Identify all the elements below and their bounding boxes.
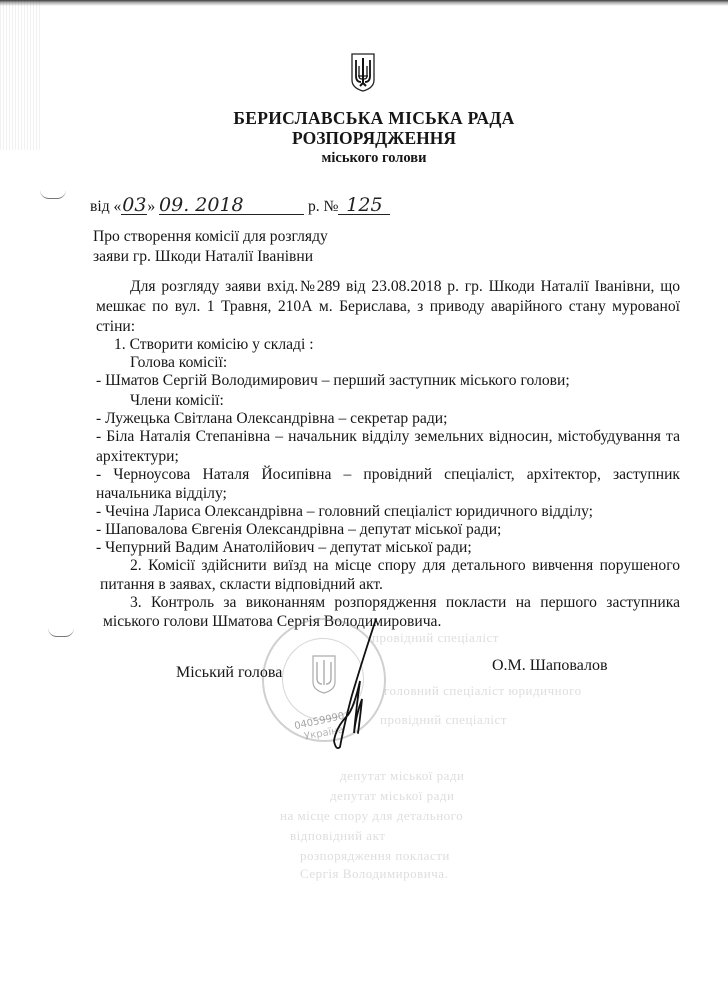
bleed-through-text: депутат міської ради (340, 768, 464, 784)
member-line: - Черноусова Наталя Йосипівна – провідни… (96, 466, 680, 484)
item-3-line-1: 3. Контроль за виконанням розпорядження … (130, 594, 680, 612)
document-number: 125 (338, 196, 390, 215)
date-number-line: від «03» 09. 2018 р. №125 (90, 196, 390, 216)
subject-line-1: Про створення комісії для розгляду (93, 228, 328, 246)
handwritten-signature (290, 615, 400, 755)
item-2-line-2: питання в заявах, скласти відповідний ак… (100, 576, 383, 594)
document-page: БЕРИСЛАВСЬКА МІСЬКА РАДА РОЗПОРЯДЖЕННЯ м… (0, 0, 728, 1000)
punch-hole-mark (48, 628, 74, 637)
council-name: БЕРИСЛАВСЬКА МІСЬКА РАДА (0, 108, 728, 129)
punch-hole-mark (40, 190, 66, 199)
member-line: начальника відділу; (96, 485, 227, 503)
chair-heading: Голова комісії: (130, 354, 227, 372)
number-label: № (324, 198, 339, 215)
bleed-through-text: Сергія Володимировича. (300, 866, 448, 882)
signatory-name: О.М. Шаповалов (492, 657, 608, 675)
members-heading: Члени комісії: (130, 392, 224, 410)
bleed-through-text: головний спеціаліст юридичного (384, 683, 582, 699)
member-line: - Лужецька Світлана Олександрівна – секр… (96, 410, 447, 428)
bleed-through-text: розпорядження покласти (300, 848, 450, 864)
item-1: 1. Створити комісію у складі : (114, 336, 314, 354)
member-line: - Чепурний Вадим Анатолійович – депутат … (96, 539, 472, 557)
intro-line-2: мешкає по вул. 1 Травня, 210А м. Берисла… (96, 298, 680, 316)
member-line: - Шаповалова Євгенія Олександрівна – деп… (96, 521, 501, 539)
date-prefix: від « (90, 198, 121, 215)
date-day-suffix: » (147, 198, 155, 215)
bleed-through-text: депутат міської ради (330, 788, 454, 804)
chair-member: - Шматов Сергій Володимирович – перший з… (96, 372, 570, 390)
coat-of-arms-icon (351, 52, 375, 92)
issuer: міського голови (0, 150, 728, 167)
date-month-year: 09. 2018 (159, 196, 304, 215)
member-line: - Біла Наталія Степанівна – начальник ві… (96, 428, 680, 446)
date-day: 03 (121, 196, 147, 215)
intro-line-3: стіни: (96, 318, 135, 336)
member-line: - Чечіна Лариса Олександрівна – головний… (96, 503, 593, 521)
bleed-through-text: відповідний акт (290, 828, 385, 844)
member-line: архітектури; (96, 448, 179, 466)
year-suffix: р. (308, 198, 320, 215)
document-type: РОЗПОРЯДЖЕННЯ (0, 128, 728, 149)
intro-line-1: Для розгляду заяви вхід.№289 від 23.08.2… (130, 278, 680, 296)
scan-edge (0, 0, 728, 6)
item-2-line-1: 2. Комісії здійснити виїзд на місце спор… (130, 557, 680, 575)
signatory-title: Міський голова (176, 664, 282, 682)
bleed-through-text: на місце спору для детального (280, 808, 463, 824)
subject-line-2: заяви гр. Шкоди Наталії Іванівни (93, 248, 313, 266)
